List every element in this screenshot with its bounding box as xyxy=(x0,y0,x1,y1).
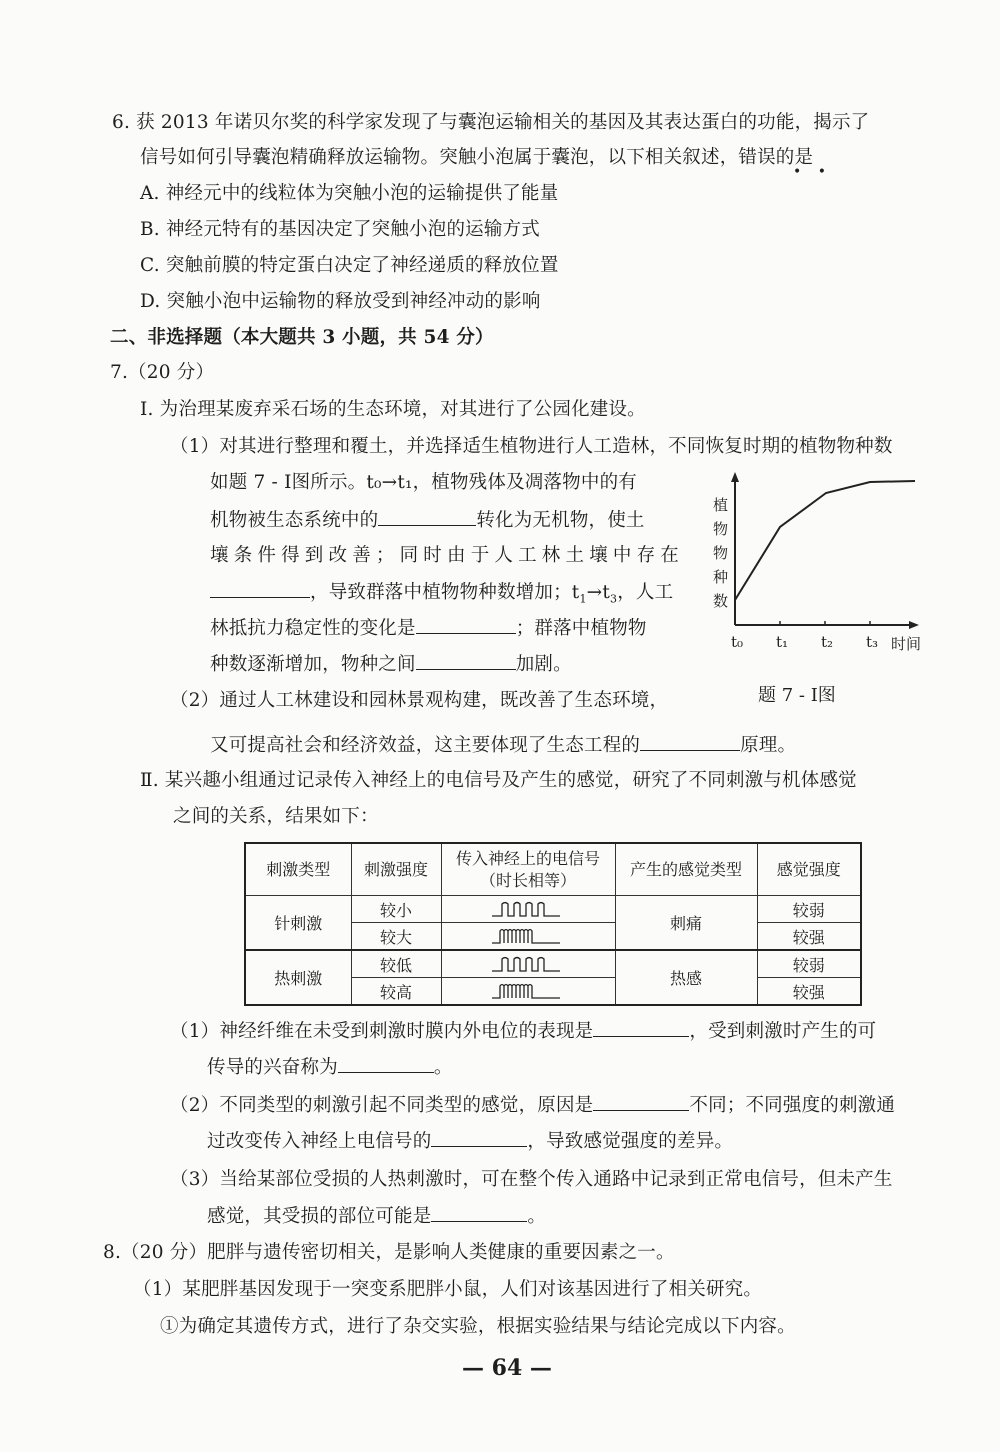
q7-part2-intro-line1: Ⅱ. 某兴趣小组通过记录传入神经上的电信号及产生的感觉，研究了不同刺激与机体感觉 xyxy=(140,768,857,794)
sensation-type: 刺痛 xyxy=(615,896,757,951)
text: ；群落中植物物 xyxy=(516,618,647,639)
y-label-char: 物 xyxy=(713,518,728,539)
col-header: 传入神经上的电信号（时长相等） xyxy=(441,843,615,896)
q7-ii-3-line2: 感觉，其受损的部位可能是。 xyxy=(207,1203,546,1230)
q7-1-line7: 种数逐渐增加，物种之间加剧。 xyxy=(210,651,572,678)
text: ，受到刺激时产生的可 xyxy=(689,1021,876,1042)
stimulus-type: 热刺激 xyxy=(245,950,351,1005)
q6-option-d: D. 突触小泡中运输物的释放受到神经冲动的影响 xyxy=(140,289,541,315)
text: ，人工 xyxy=(617,582,673,603)
text: 转化为无机物，使土 xyxy=(476,510,644,531)
x-axis-label: 时间 xyxy=(891,633,921,654)
text: （1）神经纤维在未受到刺激时膜内外电位的表现是 xyxy=(170,1021,593,1042)
q8-line2: （1）某肥胖基因发现于一突变系肥胖小鼠，人们对该基因进行了相关研究。 xyxy=(133,1277,762,1303)
page-number: — 64 — xyxy=(462,1355,552,1381)
q6-option-a: A. 神经元中的线粒体为突触小泡的运输提供了能量 xyxy=(140,181,558,207)
intensity: 较大 xyxy=(351,923,441,951)
q8-line1: 8.（20 分）肥胖与遗传密切相关，是影响人类健康的重要因素之一。 xyxy=(103,1240,675,1266)
sensation-strength: 较弱 xyxy=(757,950,861,978)
species-curve xyxy=(735,481,915,600)
text: （2）不同类型的刺激引起不同类型的感觉，原因是 xyxy=(170,1095,593,1116)
q6-stem-line1: 6. 获 2013 年诺贝尔奖的科学家发现了与囊泡运输相关的基因及其表达蛋白的功… xyxy=(112,110,869,136)
q7-1-line6: 林抵抗力稳定性的变化是；群落中植物物 xyxy=(210,615,647,642)
answer-blank[interactable] xyxy=(378,507,476,526)
y-label-char: 植 xyxy=(713,494,728,515)
subscript: 1 xyxy=(579,593,586,606)
answer-blank[interactable] xyxy=(640,732,740,751)
stimulus-table: 刺激类型 刺激强度 传入神经上的电信号（时长相等） 产生的感觉类型 感觉强度 针… xyxy=(244,842,862,1006)
col-header-line: （时长相等） xyxy=(442,870,615,892)
col-header: 感觉强度 xyxy=(757,843,861,896)
x-tick-t2: t₂ xyxy=(821,633,833,651)
q7-1-line4: 壤条件得到改善；同时由于人工林土壤中存在 xyxy=(210,543,684,569)
q7-1-line5: ，导致群落中植物物种数增加；t1→t3，人工 xyxy=(210,579,673,613)
col-header: 刺激类型 xyxy=(245,843,351,896)
signal-dense-icon xyxy=(441,923,615,951)
emphasis-dots: • • xyxy=(793,164,832,180)
signal-sparse-icon xyxy=(441,950,615,978)
answer-blank[interactable] xyxy=(431,1128,527,1147)
col-header: 产生的感觉类型 xyxy=(615,843,757,896)
section-heading: 二、非选择题（本大题共 3 小题，共 54 分） xyxy=(110,325,494,351)
answer-blank[interactable] xyxy=(416,651,516,670)
text: 不同；不同强度的刺激通 xyxy=(689,1095,895,1116)
q7-ii-2-line2: 过改变传入神经上电信号的，导致感觉强度的差异。 xyxy=(207,1128,733,1155)
text: 加剧。 xyxy=(516,654,572,675)
q6-option-b: B. 神经元特有的基因决定了突触小泡的运输方式 xyxy=(140,217,540,243)
q7-ii-3-line1: （3）当给某部位受损的人热刺激时，可在整个传入通路中记录到正常电信号，但未产生 xyxy=(170,1167,893,1193)
stimulus-type: 针刺激 xyxy=(245,896,351,951)
intensity: 较低 xyxy=(351,950,441,978)
table-row: 针刺激 较小 刺痛 较弱 xyxy=(245,896,861,923)
col-header-line: 传入神经上的电信号 xyxy=(442,848,615,870)
text: →t xyxy=(587,582,610,603)
text: 又可提高社会和经济效益，这主要体现了生态工程的 xyxy=(210,735,640,756)
figure-caption: 题 7 - Ⅰ图 xyxy=(758,681,836,707)
signal-sparse-icon xyxy=(441,896,615,923)
answer-blank[interactable] xyxy=(210,579,310,598)
q8-line3: ①为确定其遗传方式，进行了杂交实验，根据实验结果与结论完成以下内容。 xyxy=(160,1314,796,1340)
q7-ii-1-line1: （1）神经纤维在未受到刺激时膜内外电位的表现是，受到刺激时产生的可 xyxy=(170,1018,876,1045)
answer-blank[interactable] xyxy=(431,1203,527,1222)
intensity: 较高 xyxy=(351,978,441,1006)
sensation-strength: 较强 xyxy=(757,978,861,1006)
text: 。 xyxy=(527,1206,546,1227)
q7-1-line3: 机物被生态系统中的转化为无机物，使土 xyxy=(210,507,645,534)
q7-header: 7.（20 分） xyxy=(110,360,214,386)
q7-ii-1-line2: 传导的兴奋称为。 xyxy=(207,1054,453,1081)
text: 过改变传入神经上电信号的 xyxy=(207,1131,431,1152)
sensation-strength: 较强 xyxy=(757,923,861,951)
answer-blank[interactable] xyxy=(593,1018,689,1037)
y-label-char: 种 xyxy=(713,566,728,587)
q7-1-line2: 如题 7 - Ⅰ图所示。t₀→t₁，植物残体及凋落物中的有 xyxy=(210,470,637,496)
text: 林抵抗力稳定性的变化是 xyxy=(210,618,416,639)
answer-blank[interactable] xyxy=(593,1092,689,1111)
q6-stem-line2: 信号如何引导囊泡精确释放运输物。突触小泡属于囊泡，以下相关叙述，错误的是 xyxy=(140,145,813,171)
answer-blank[interactable] xyxy=(416,615,516,634)
q7-part1-intro: Ⅰ. 为治理某废弃采石场的生态环境，对其进行了公园化建设。 xyxy=(140,397,646,423)
y-label-char: 数 xyxy=(713,590,728,611)
y-axis-arrow-icon xyxy=(731,472,739,482)
q7-part2-intro-line2: 之间的关系，结果如下： xyxy=(173,804,379,830)
q7-ii-2-line1: （2）不同类型的刺激引起不同类型的感觉，原因是不同；不同强度的刺激通 xyxy=(170,1092,895,1119)
y-label-char: 物 xyxy=(713,542,728,563)
text: 传导的兴奋称为 xyxy=(207,1057,338,1078)
col-header: 刺激强度 xyxy=(351,843,441,896)
text: 种数逐渐增加，物种之间 xyxy=(210,654,416,675)
x-tick-t3: t₃ xyxy=(866,633,878,651)
x-tick-t1: t₁ xyxy=(776,633,788,651)
x-axis-arrow-icon xyxy=(909,621,919,629)
text: ，导致群落中植物物种数增加；t xyxy=(310,582,579,603)
q6-option-c: C. 突触前膜的特定蛋白决定了神经递质的释放位置 xyxy=(140,253,559,279)
table-row: 热刺激 较低 热感 较弱 xyxy=(245,950,861,978)
signal-dense-icon xyxy=(441,978,615,1006)
table-header-row: 刺激类型 刺激强度 传入神经上的电信号（时长相等） 产生的感觉类型 感觉强度 xyxy=(245,843,861,896)
text: 。 xyxy=(434,1057,453,1078)
text: ，导致感觉强度的差异。 xyxy=(527,1131,733,1152)
text: 机物被生态系统中的 xyxy=(210,510,378,531)
x-tick-t0: t₀ xyxy=(731,633,743,651)
text: 感觉，其受损的部位可能是 xyxy=(207,1206,431,1227)
q7-2-line1: （2）通过人工林建设和园林景观构建，既改善了生态环境， xyxy=(170,688,668,714)
sensation-type: 热感 xyxy=(615,950,757,1005)
q7-1-line1: （1）对其进行整理和覆土，并选择适生植物进行人工造林，不同恢复时期的植物物种数 xyxy=(170,434,893,460)
sensation-strength: 较弱 xyxy=(757,896,861,923)
answer-blank[interactable] xyxy=(338,1054,434,1073)
intensity: 较小 xyxy=(351,896,441,923)
q7-2-line2: 又可提高社会和经济效益，这主要体现了生态工程的原理。 xyxy=(210,732,796,759)
text: 原理。 xyxy=(740,735,796,756)
